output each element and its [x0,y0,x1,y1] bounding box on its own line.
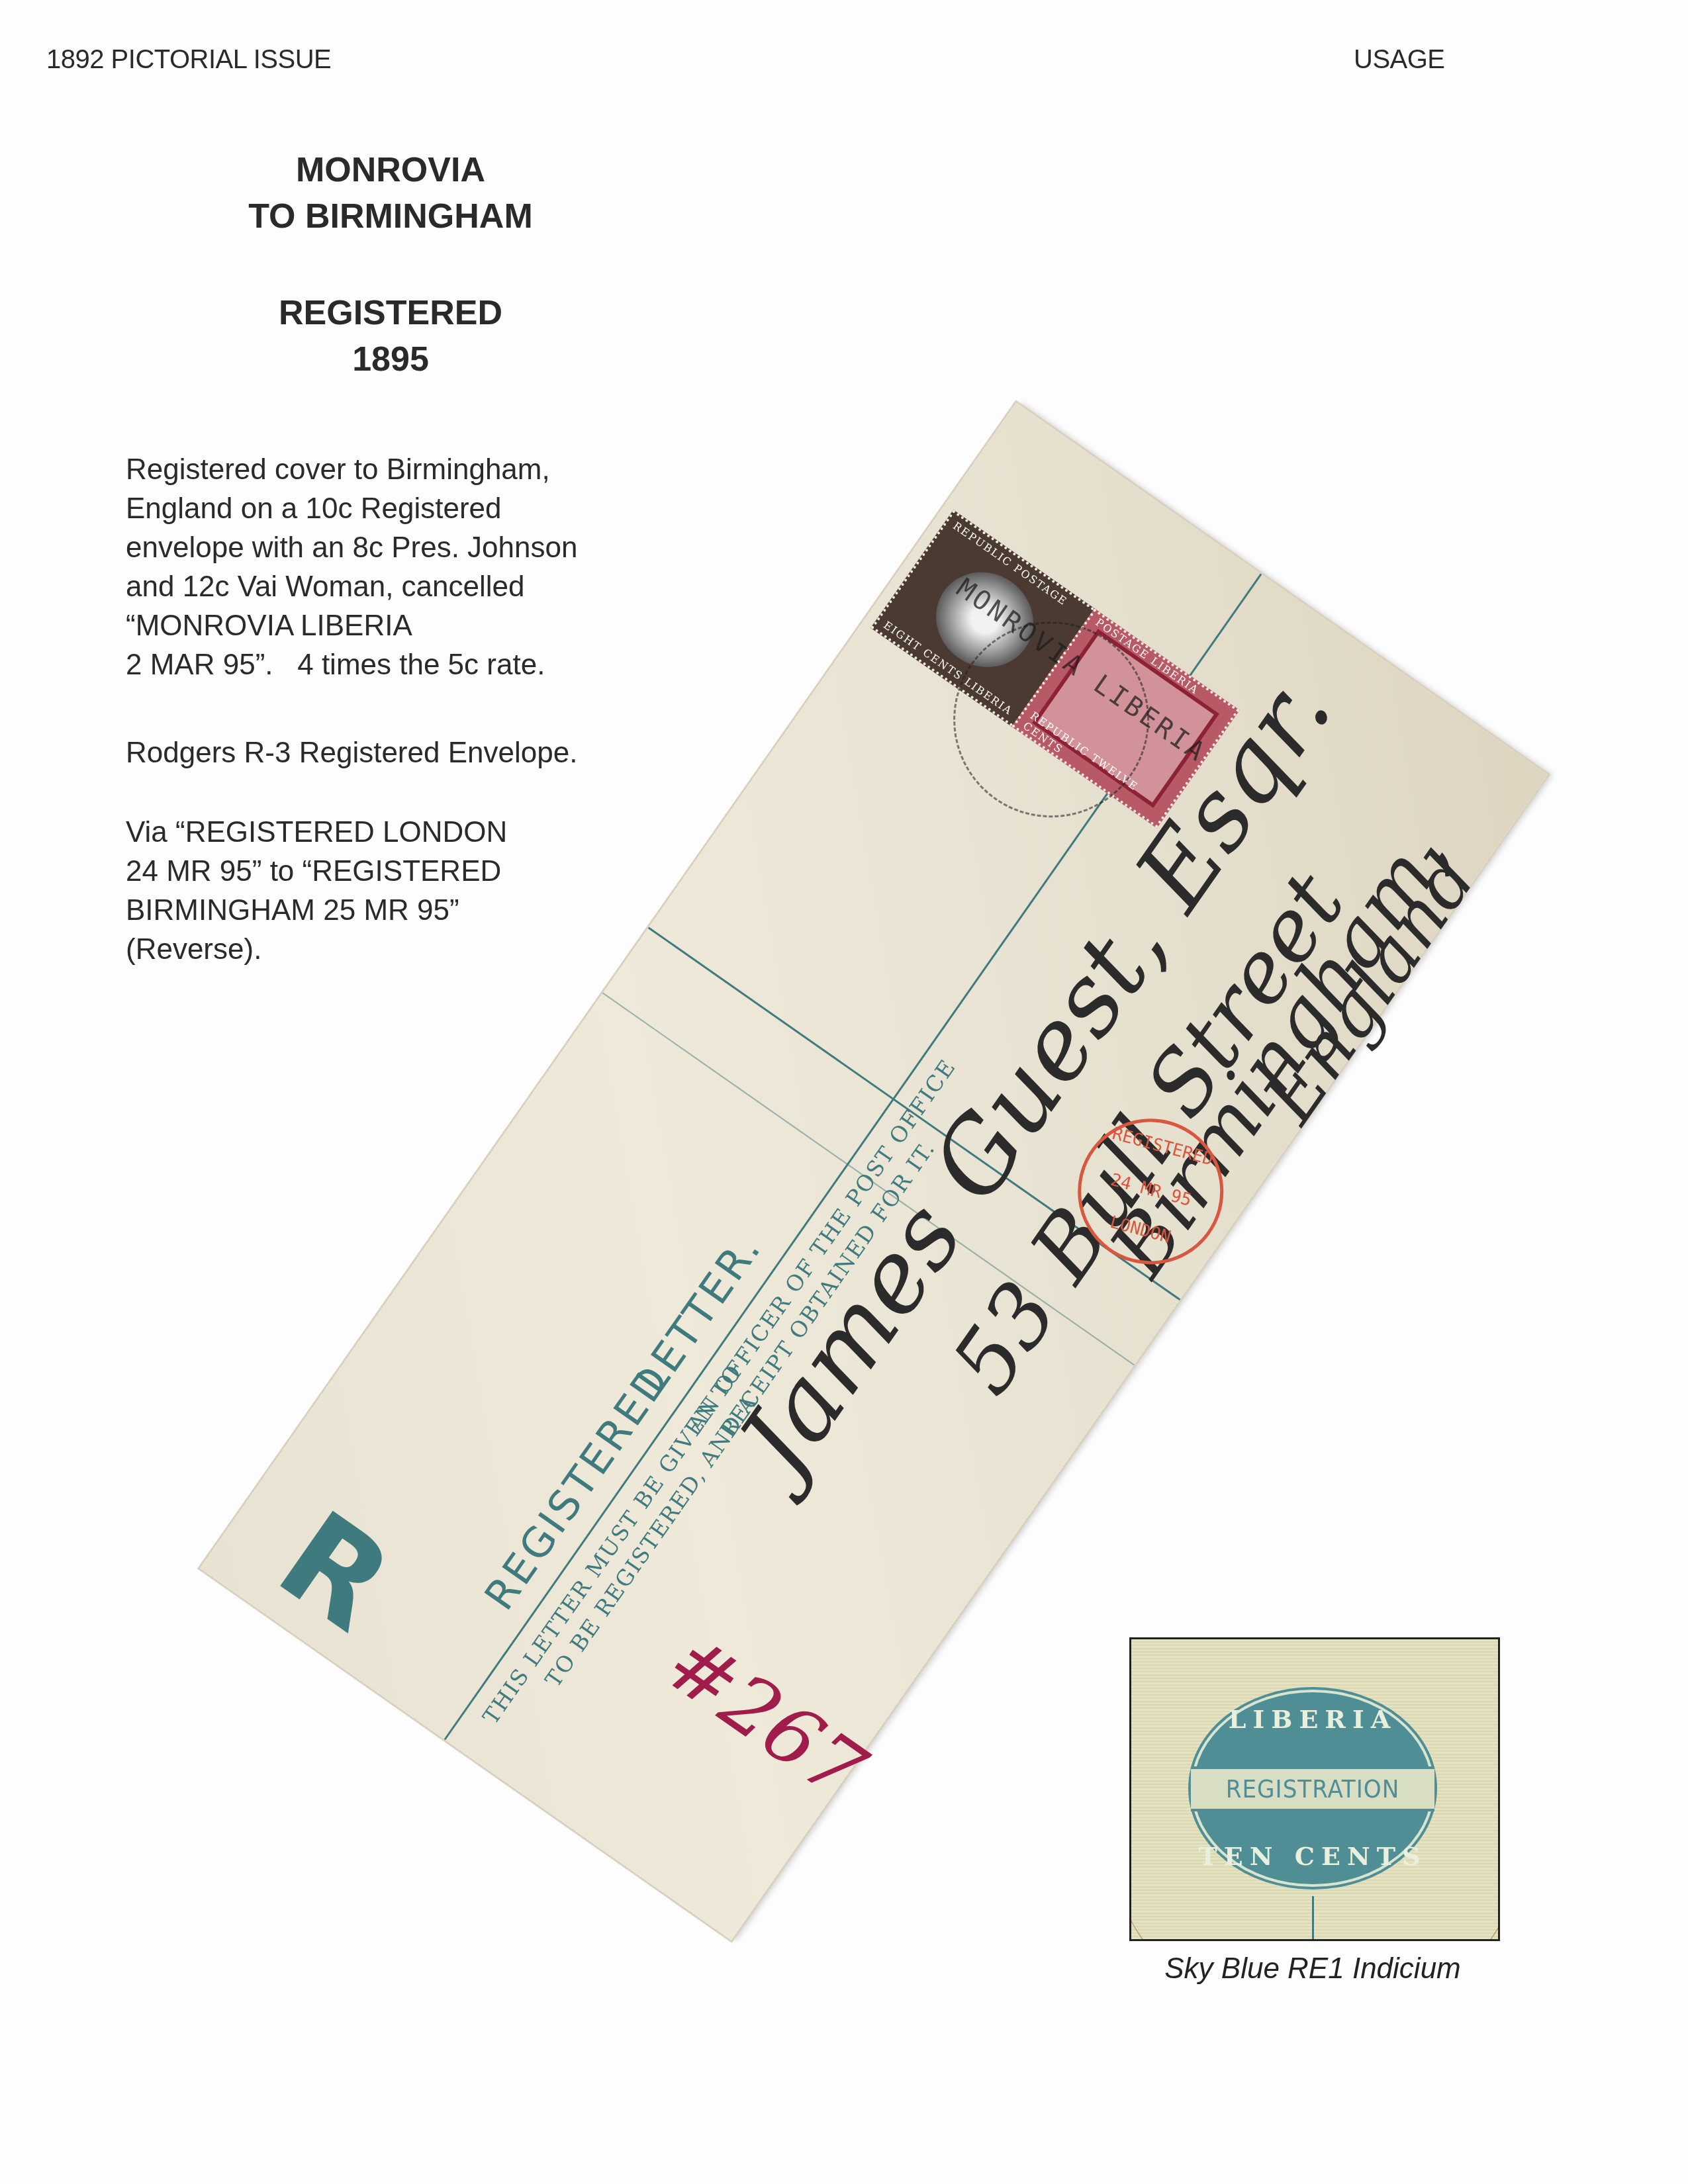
description-catalog: Rodgers R-3 Registered Envelope. [126,733,577,772]
indicium-caption: Sky Blue RE1 Indicium [1129,1952,1496,1985]
registration-number: #267 [649,1617,881,1818]
section-header: 1892 PICTORIAL ISSUE [46,45,331,75]
title-line-destination: TO BIRMINGHAM [0,193,781,240]
registration-r-mark: R [254,1484,417,1659]
indicium-inset: LIBERIA REGISTRATION TEN CENTS [1129,1637,1500,1941]
service-title: REGISTERED 1895 [0,290,781,383]
description-transit: Via “REGISTERED LONDON 24 MR 95” to “REG… [126,813,507,969]
indicium-bottom-text: TEN CENTS [1194,1841,1432,1871]
title-line-origin: MONROVIA [0,147,781,193]
indicium-top-text: LIBERIA [1194,1704,1432,1734]
title-line-year: 1895 [0,336,781,383]
indicium-center-text: REGISTRATION [1226,1774,1400,1803]
title-line-service: REGISTERED [0,290,781,336]
page-category: USAGE [1354,45,1445,75]
route-title: MONROVIA TO BIRMINGHAM [0,147,781,240]
indicium-oval: LIBERIA REGISTRATION TEN CENTS [1191,1690,1434,1887]
indicium-guide-line [1312,1896,1314,1941]
description-cover: Registered cover to Birmingham, England … [126,450,577,684]
indicium-band: REGISTRATION [1191,1766,1434,1811]
